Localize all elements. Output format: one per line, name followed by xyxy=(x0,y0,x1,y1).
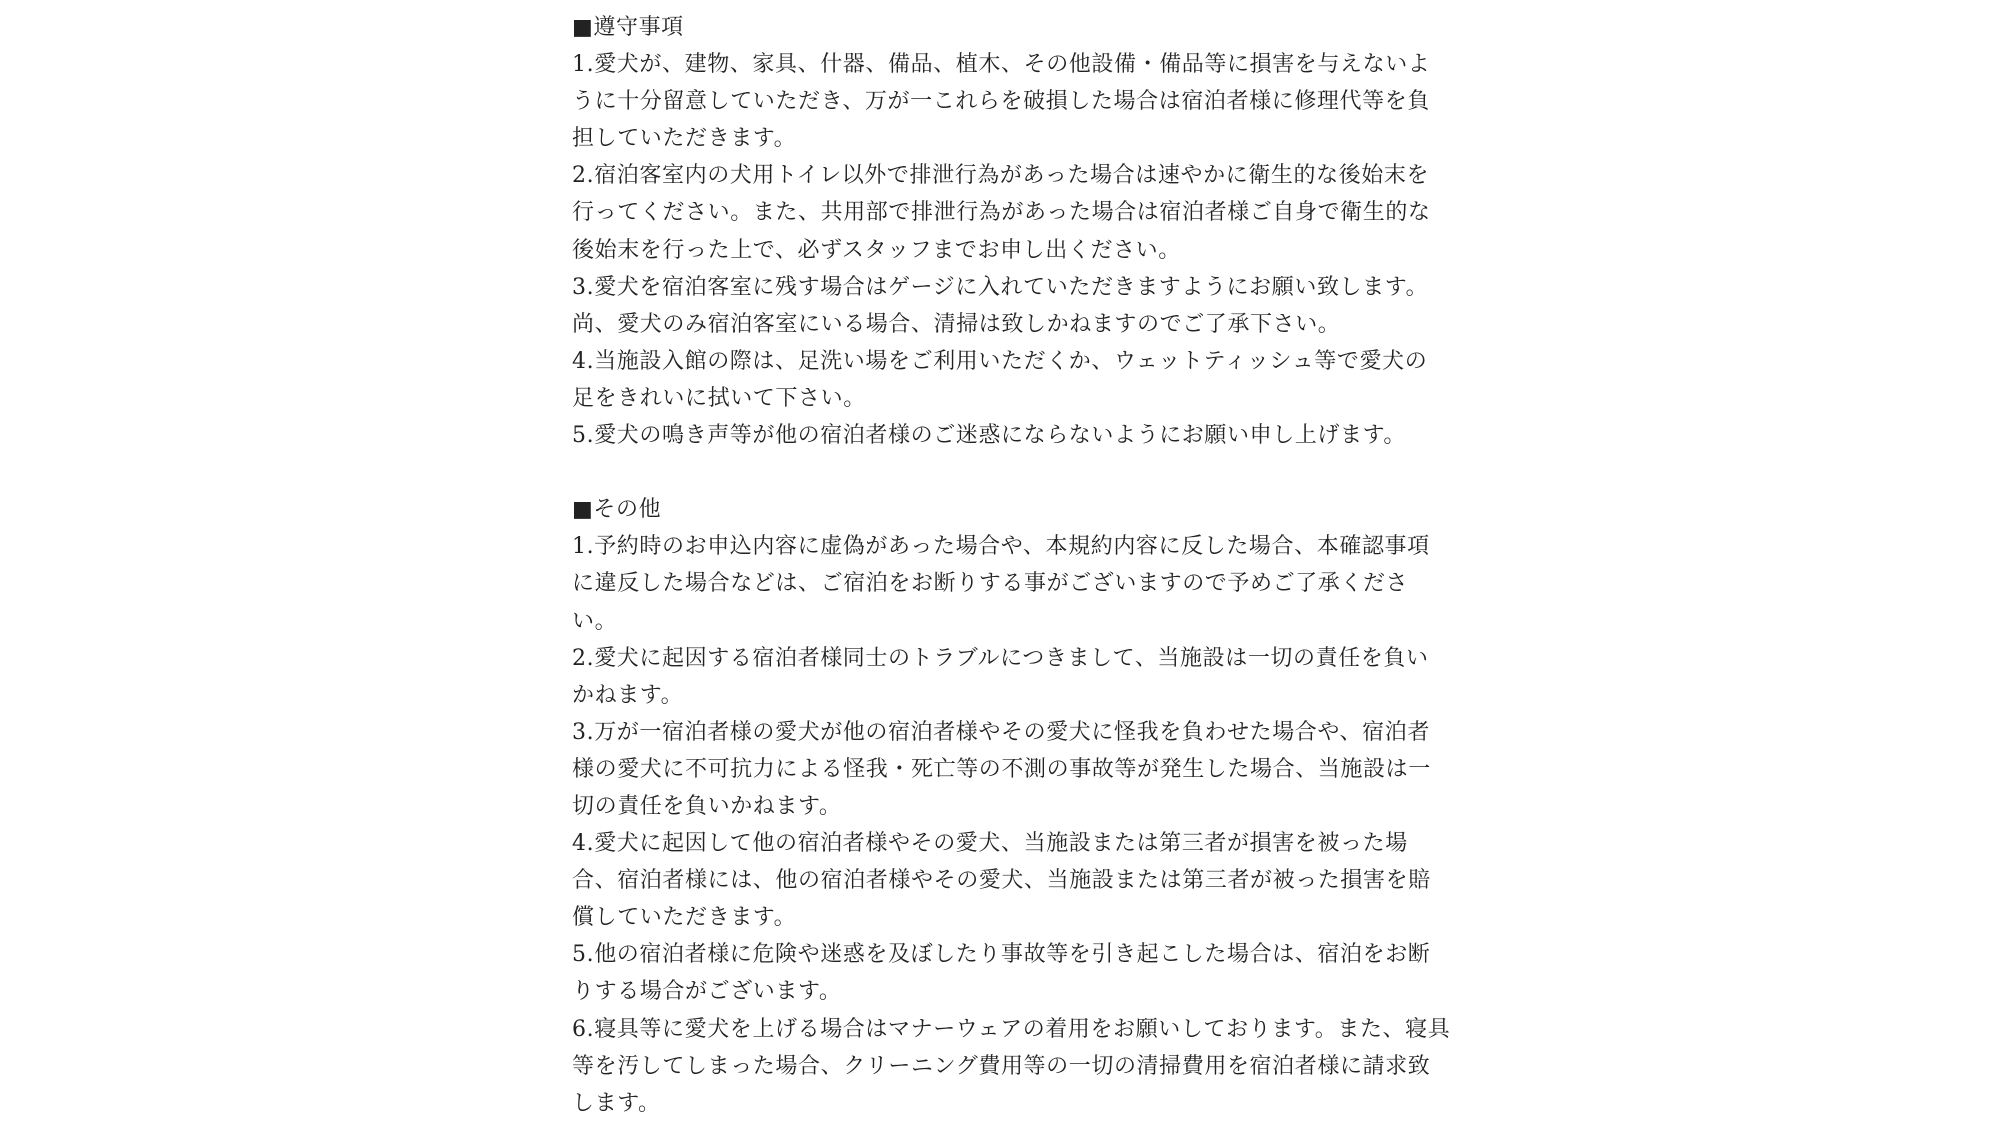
other-item-3: 3.万が一宿泊者様の愛犬が他の宿泊者様やその愛犬に怪我を負わせた場合や、宿泊者 … xyxy=(572,714,1432,825)
text-line: 後始末を行った上で、必ずスタッフまでお申し出ください。 xyxy=(572,232,1432,269)
text-line: 償していただきます。 xyxy=(572,899,1432,936)
other-item-4: 4.愛犬に起因して他の宿泊者様やその愛犬、当施設または第三者が損害を被った場 合… xyxy=(572,825,1432,936)
text-line: 担していただきます。 xyxy=(572,120,1432,157)
text-line: 2.宿泊客室内の犬用トイレ以外で排泄行為があった場合は速やかに衛生的な後始末を xyxy=(572,157,1432,194)
section-heading-compliance: ■遵守事項 xyxy=(572,9,1432,46)
text-line: 2.愛犬に起因する宿泊者様同士のトラブルにつきまして、当施設は一切の責任を負い xyxy=(572,640,1432,677)
text-line: 行ってください。また、共用部で排泄行為があった場合は宿泊者様ご自身で衛生的な xyxy=(572,194,1432,231)
text-line: かねます。 xyxy=(572,677,1432,714)
text-line: 合、宿泊者様には、他の宿泊者様やその愛犬、当施設または第三者が被った損害を賠 xyxy=(572,862,1432,899)
text-line: うに十分留意していただき、万が一これらを破損した場合は宿泊者様に修理代等を負 xyxy=(572,83,1432,120)
text-line: 1.予約時のお申込内容に虚偽があった場合や、本規約内容に反した場合、本確認事項 xyxy=(572,528,1432,565)
section-heading-other: ■その他 xyxy=(572,491,1432,528)
text-line: 尚、愛犬のみ宿泊客室にいる場合、清掃は致しかねますのでご了承下さい。 xyxy=(572,306,1432,343)
text-line: に違反した場合などは、ご宿泊をお断りする事がございますので予めご了承くださ xyxy=(572,565,1432,602)
compliance-item-4: 4.当施設入館の際は、足洗い場をご利用いただくか、ウェットティッシュ等で愛犬の … xyxy=(572,343,1432,417)
text-line: 5.愛犬の鳴き声等が他の宿泊者様のご迷惑にならないようにお願い申し上げます。 xyxy=(572,417,1432,454)
text-line: 1.愛犬が、建物、家具、什器、備品、植木、その他設備・備品等に損害を与えないよ xyxy=(572,46,1432,83)
other-item-6: 6.寝具等に愛犬を上げる場合はマナーウェアの着用をお願いしております。また、寝具… xyxy=(572,1011,1432,1122)
text-line: い。 xyxy=(572,603,1432,640)
text-line: 様の愛犬に不可抗力による怪我・死亡等の不測の事故等が発生した場合、当施設は一 xyxy=(572,751,1432,788)
text-line: 足をきれいに拭いて下さい。 xyxy=(572,380,1432,417)
other-item-2: 2.愛犬に起因する宿泊者様同士のトラブルにつきまして、当施設は一切の責任を負い … xyxy=(572,640,1432,714)
other-item-1: 1.予約時のお申込内容に虚偽があった場合や、本規約内容に反した場合、本確認事項 … xyxy=(572,528,1432,639)
compliance-item-5: 5.愛犬の鳴き声等が他の宿泊者様のご迷惑にならないようにお願い申し上げます。 xyxy=(572,417,1432,454)
terms-document: ■遵守事項 1.愛犬が、建物、家具、什器、備品、植木、その他設備・備品等に損害を… xyxy=(572,9,1432,1122)
text-line: 6.寝具等に愛犬を上げる場合はマナーウェアの着用をお願いしております。また、寝具 xyxy=(572,1011,1432,1048)
text-line: 3.愛犬を宿泊客室に残す場合はゲージに入れていただきますようにお願い致します。 xyxy=(572,269,1432,306)
text-line: 4.愛犬に起因して他の宿泊者様やその愛犬、当施設または第三者が損害を被った場 xyxy=(572,825,1432,862)
compliance-item-1: 1.愛犬が、建物、家具、什器、備品、植木、その他設備・備品等に損害を与えないよ … xyxy=(572,46,1432,157)
text-line: します。 xyxy=(572,1085,1432,1122)
text-line: 3.万が一宿泊者様の愛犬が他の宿泊者様やその愛犬に怪我を負わせた場合や、宿泊者 xyxy=(572,714,1432,751)
compliance-item-3: 3.愛犬を宿泊客室に残す場合はゲージに入れていただきますようにお願い致します。 … xyxy=(572,269,1432,343)
text-line: 等を汚してしまった場合、クリーニング費用等の一切の清掃費用を宿泊者様に請求致 xyxy=(572,1048,1432,1085)
section-other: ■その他 1.予約時のお申込内容に虚偽があった場合や、本規約内容に反した場合、本… xyxy=(572,491,1432,1122)
compliance-item-2: 2.宿泊客室内の犬用トイレ以外で排泄行為があった場合は速やかに衛生的な後始末を … xyxy=(572,157,1432,268)
section-spacer xyxy=(572,454,1432,491)
text-line: りする場合がございます。 xyxy=(572,973,1432,1010)
section-compliance: ■遵守事項 1.愛犬が、建物、家具、什器、備品、植木、その他設備・備品等に損害を… xyxy=(572,9,1432,454)
text-line: 4.当施設入館の際は、足洗い場をご利用いただくか、ウェットティッシュ等で愛犬の xyxy=(572,343,1432,380)
text-line: 切の責任を負いかねます。 xyxy=(572,788,1432,825)
text-line: 5.他の宿泊者様に危険や迷惑を及ぼしたり事故等を引き起こした場合は、宿泊をお断 xyxy=(572,936,1432,973)
other-item-5: 5.他の宿泊者様に危険や迷惑を及ぼしたり事故等を引き起こした場合は、宿泊をお断 … xyxy=(572,936,1432,1010)
